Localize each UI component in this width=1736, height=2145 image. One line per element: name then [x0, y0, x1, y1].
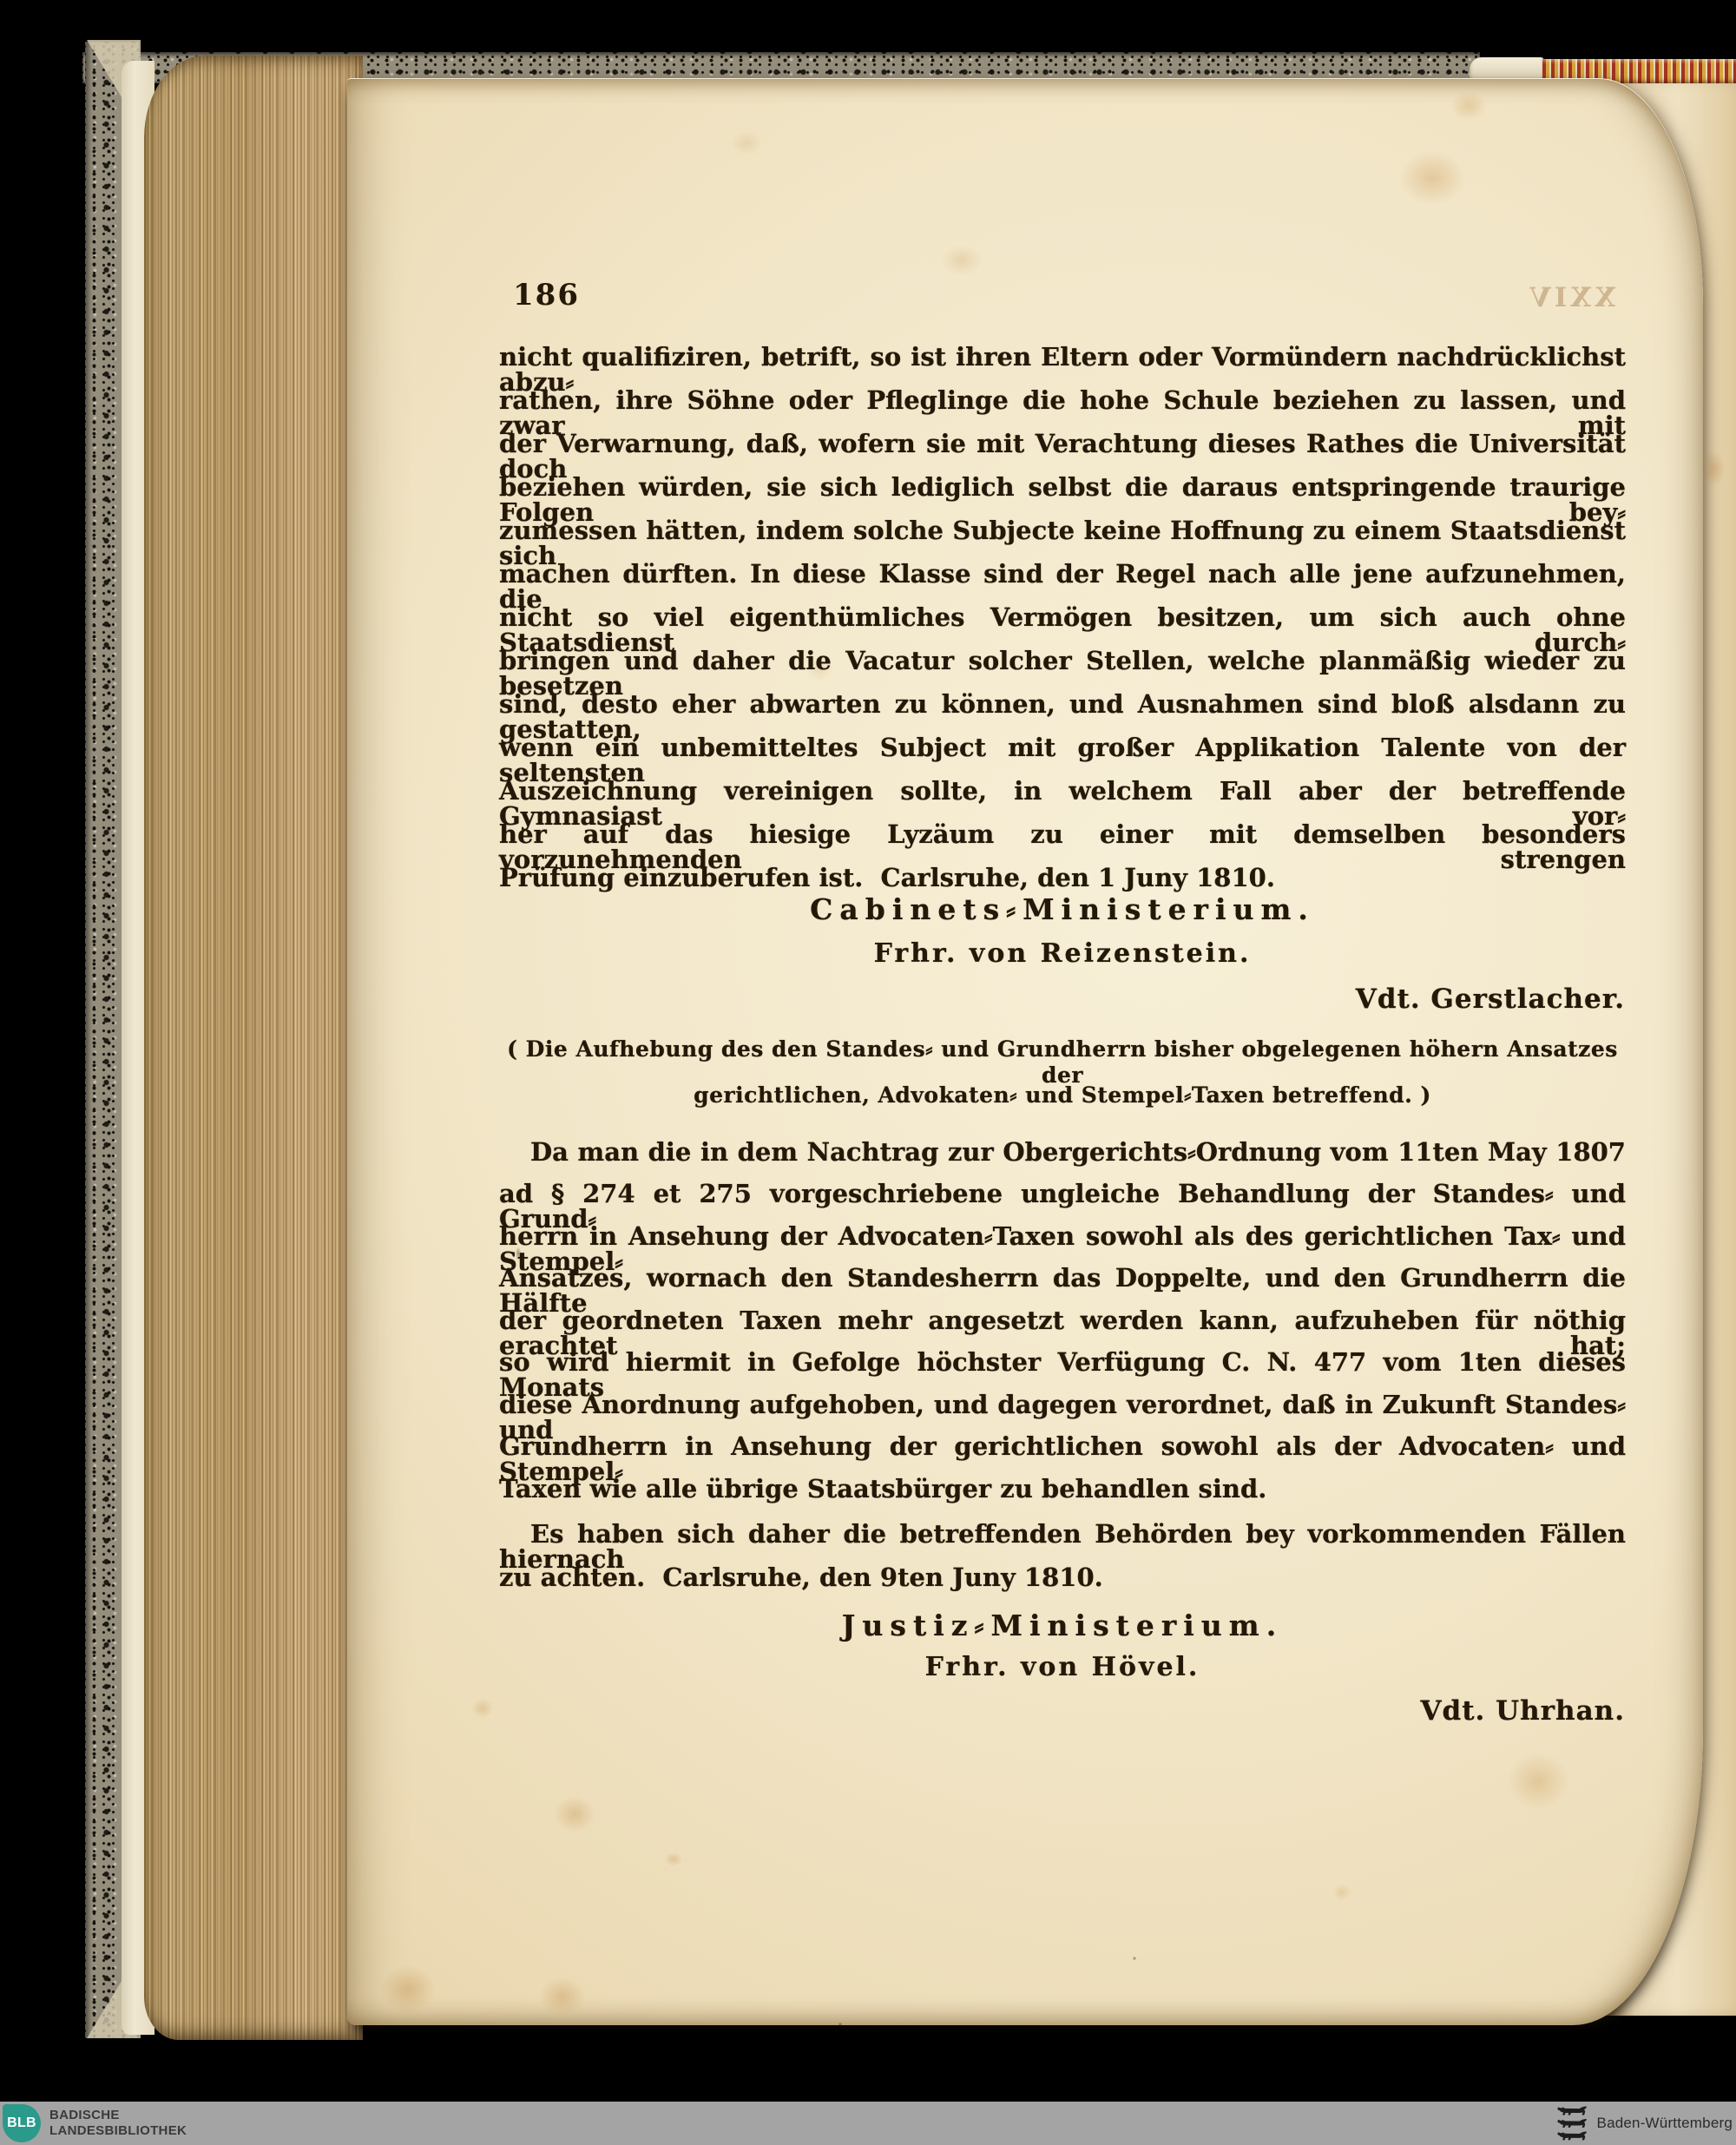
body-line-dateline: Prüfung einzuberufen ist. Carlsruhe, den…	[499, 865, 1626, 891]
state-name-label: Baden-Württemberg	[1597, 2115, 1733, 2132]
library-name: BADISCHE LANDESBIBLIOTHEK	[49, 2108, 187, 2139]
library-name-line2: LANDESBIBLIOTHEK	[49, 2123, 187, 2139]
library-footer-bar: BLB BADISCHE LANDESBIBLIOTHEK Baden-Würt…	[0, 2102, 1736, 2145]
subject-note-line: ( Die Aufhebung des den Standes⸗ und Gru…	[499, 1036, 1626, 1088]
digitized-book-scan: 186 XXIV nicht qualifiziren, betrift, so…	[0, 0, 1736, 2145]
blb-logo: BLB	[3, 2104, 41, 2142]
subject-note-line: gerichtlichen, Advokaten⸗ und Stempel⸗Ta…	[499, 1082, 1626, 1109]
page-number: 186	[513, 278, 580, 313]
signer-name: Frhr. von Reizenstein.	[499, 938, 1626, 969]
library-name-line1: BADISCHE	[49, 2108, 187, 2123]
state-branding: Baden-Württemberg	[1556, 2102, 1733, 2145]
baden-wuerttemberg-lions-icon	[1556, 2106, 1589, 2141]
ministry-heading-justiz: Justiz⸗Ministerium.	[499, 1609, 1626, 1643]
body-line: Da man die in dem Nachtrag zur Obergeric…	[499, 1140, 1626, 1165]
body-line-dateline: zu achten. Carlsruhe, den 9ten Juny 1810…	[499, 1565, 1626, 1590]
signer-name: Frhr. von Hövel.	[499, 1652, 1626, 1682]
bleedthrough-numeral: XXIV	[1517, 282, 1625, 313]
body-line: Taxen wie alle übrige Staatsbürger zu be…	[499, 1477, 1626, 1502]
countersignature: Vdt. Gerstlacher.	[1356, 984, 1625, 1015]
ministry-heading-cabinets: Cabinets⸗Ministerium.	[499, 892, 1626, 927]
page-text-layer: 186 XXIV nicht qualifiziren, betrift, so…	[0, 0, 1736, 2145]
blb-logo-acronym: BLB	[7, 2115, 36, 2131]
countersignature: Vdt. Uhrhan.	[1421, 1695, 1626, 1727]
